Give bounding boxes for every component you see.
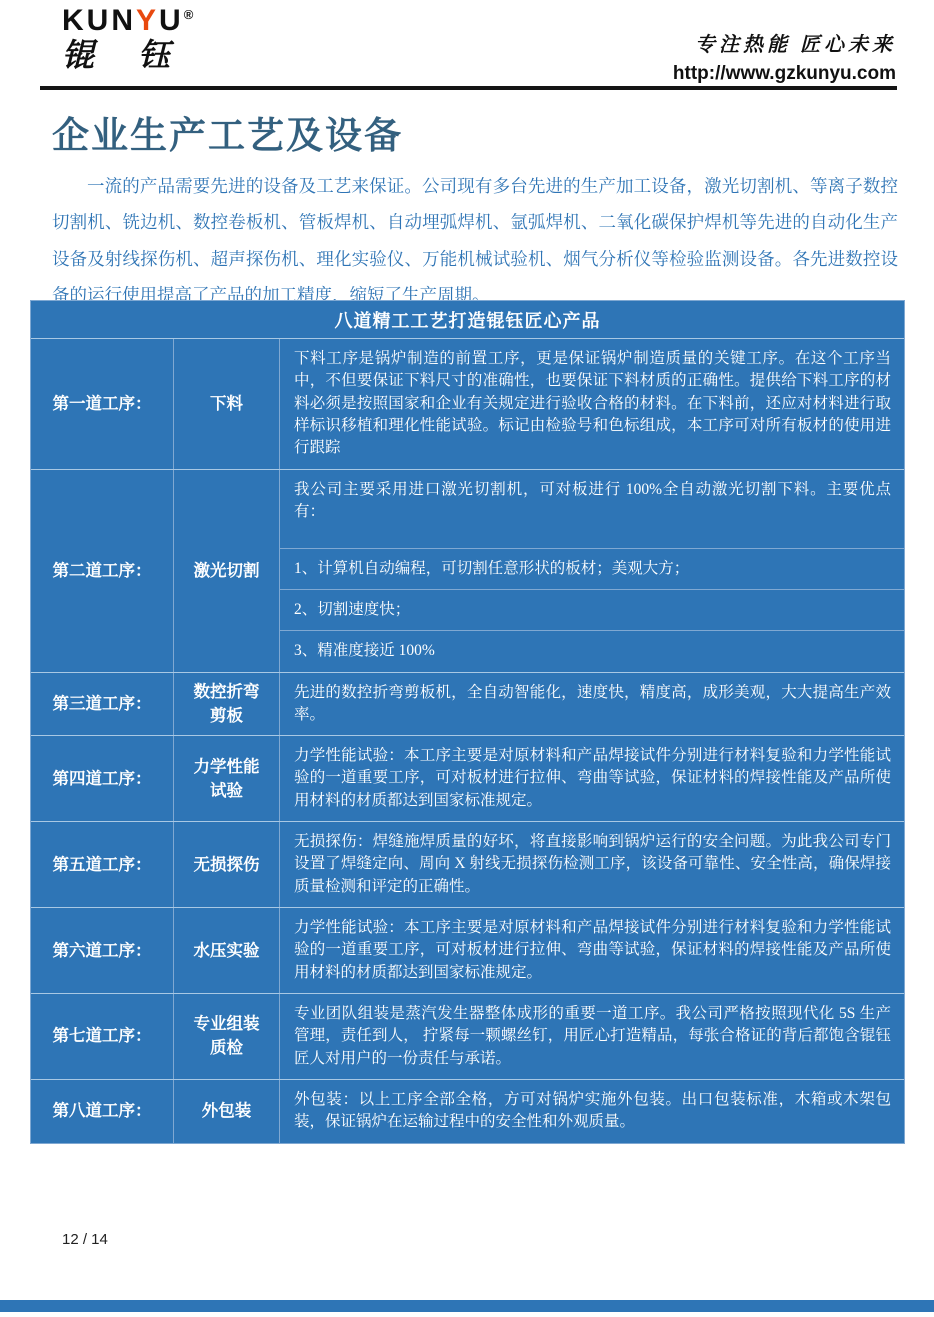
process-description: 力学性能试验：本工序主要是对原材料和产品焊接试件分别进行材料复验和力学性能试验的… bbox=[279, 736, 904, 821]
description-text: 专业团队组装是蒸汽发生器整体成形的重要一道工序。我公司严格按照现代化 5S 生产… bbox=[280, 994, 904, 1079]
process-description: 力学性能试验：本工序主要是对原材料和产品焊接试件分别进行材料复验和力学性能试验的… bbox=[279, 908, 904, 993]
registered-mark-icon: ® bbox=[184, 7, 194, 22]
process-description: 下料工序是锅炉制造的前置工序，更是保证锅炉制造质量的关键工序。在这个工序当中，不… bbox=[279, 339, 904, 469]
process-step-label: 第七道工序： bbox=[31, 994, 173, 1079]
table-row: 第四道工序： 力学性能 试验 力学性能试验：本工序主要是对原材料和产品焊接试件分… bbox=[31, 735, 904, 821]
logo-letter-u: U bbox=[159, 4, 184, 37]
table-row: 第六道工序： 水压实验 力学性能试验：本工序主要是对原材料和产品焊接试件分别进行… bbox=[31, 907, 904, 993]
process-step-label: 第三道工序： bbox=[31, 673, 173, 736]
process-description: 我公司主要采用进口激光切割机，可对板进行 100%全自动激光切割下料。主要优点有… bbox=[279, 470, 904, 672]
process-step-label: 第八道工序： bbox=[31, 1080, 173, 1143]
page-title: 企业生产工艺及设备 bbox=[52, 105, 403, 159]
process-name: 下料 bbox=[173, 339, 279, 469]
page-number: 12 / 14 bbox=[62, 1231, 108, 1248]
logo-chinese-name: 锟 钰 bbox=[62, 39, 193, 71]
intro-paragraph: 一流的产品需要先进的设备及工艺来保证。公司现有多台先进的生产加工设备，激光切割机… bbox=[52, 168, 898, 314]
process-name: 外包装 bbox=[173, 1080, 279, 1143]
table-row: 第二道工序： 激光切割 我公司主要采用进口激光切割机，可对板进行 100%全自动… bbox=[31, 469, 904, 672]
process-step-label: 第五道工序： bbox=[31, 822, 173, 907]
table-row: 第三道工序： 数控折弯 剪板 先进的数控折弯剪板机，全自动智能化，速度快，精度高… bbox=[31, 672, 904, 736]
header-divider bbox=[40, 86, 897, 90]
logo-text: KUN bbox=[62, 4, 136, 37]
process-description: 无损探伤：焊缝施焊质量的好坏，将直接影响到锅炉运行的安全问题。为此我公司专门设置… bbox=[279, 822, 904, 907]
process-description: 外包装：以上工序全部全格，方可对锅炉实施外包装。出口包装标准，木箱或木架包装，保… bbox=[279, 1080, 904, 1143]
description-text: 先进的数控折弯剪板机，全自动智能化，速度快，精度高，成形美观，大大提高生产效率。 bbox=[280, 673, 904, 736]
table-body: 第一道工序： 下料 下料工序是锅炉制造的前置工序，更是保证锅炉制造质量的关键工序… bbox=[31, 339, 904, 1143]
document-page: KUNYU® 锟 钰 专注热能 匠心未来 http://www.gzkunyu.… bbox=[0, 0, 934, 1317]
logo-letter-y: Y bbox=[136, 4, 159, 37]
process-step-label: 第一道工序： bbox=[31, 339, 173, 469]
process-name: 数控折弯 剪板 bbox=[173, 673, 279, 736]
process-name: 水压实验 bbox=[173, 908, 279, 993]
table-row: 第七道工序： 专业组装 质检 专业团队组装是蒸汽发生器整体成形的重要一道工序。我… bbox=[31, 993, 904, 1079]
table-row: 第八道工序： 外包装 外包装：以上工序全部全格，方可对锅炉实施外包装。出口包装标… bbox=[31, 1079, 904, 1143]
logo-wordmark: KUNYU® bbox=[62, 6, 193, 36]
footer-bar bbox=[0, 1300, 934, 1312]
table-row: 第五道工序： 无损探伤 无损探伤：焊缝施焊质量的好坏，将直接影响到锅炉运行的安全… bbox=[31, 821, 904, 907]
description-text: 3、精准度接近 100% bbox=[280, 630, 904, 671]
description-text: 2、切割速度快； bbox=[280, 589, 904, 630]
description-text: 外包装：以上工序全部全格，方可对锅炉实施外包装。出口包装标准，木箱或木架包装，保… bbox=[280, 1080, 904, 1143]
process-description: 先进的数控折弯剪板机，全自动智能化，速度快，精度高，成形美观，大大提高生产效率。 bbox=[279, 673, 904, 736]
description-text: 无损探伤：焊缝施焊质量的好坏，将直接影响到锅炉运行的安全问题。为此我公司专门设置… bbox=[280, 822, 904, 907]
header-right: 专注热能 匠心未来 http://www.gzkunyu.com bbox=[673, 6, 896, 85]
process-step-label: 第四道工序： bbox=[31, 736, 173, 821]
description-text: 力学性能试验：本工序主要是对原材料和产品焊接试件分别进行材料复验和力学性能试验的… bbox=[280, 908, 904, 993]
process-table: 八道精工工艺打造锟钰匠心产品 第一道工序： 下料 下料工序是锅炉制造的前置工序，… bbox=[30, 300, 905, 1144]
company-slogan: 专注热能 匠心未来 bbox=[673, 28, 896, 57]
table-title: 八道精工工艺打造锟钰匠心产品 bbox=[31, 301, 904, 339]
process-name: 无损探伤 bbox=[173, 822, 279, 907]
company-website: http://www.gzkunyu.com bbox=[673, 63, 896, 85]
table-row: 第一道工序： 下料 下料工序是锅炉制造的前置工序，更是保证锅炉制造质量的关键工序… bbox=[31, 339, 904, 469]
process-name: 激光切割 bbox=[173, 470, 279, 672]
company-logo: KUNYU® 锟 钰 bbox=[62, 6, 193, 71]
process-name: 专业组装 质检 bbox=[173, 994, 279, 1079]
page-header: KUNYU® 锟 钰 专注热能 匠心未来 http://www.gzkunyu.… bbox=[40, 6, 896, 86]
description-text: 我公司主要采用进口激光切割机，可对板进行 100%全自动激光切割下料。主要优点有… bbox=[280, 470, 904, 548]
process-name: 力学性能 试验 bbox=[173, 736, 279, 821]
process-step-label: 第二道工序： bbox=[31, 470, 173, 672]
description-text: 1、计算机自动编程，可切割任意形状的板材；美观大方； bbox=[280, 548, 904, 589]
description-text: 下料工序是锅炉制造的前置工序，更是保证锅炉制造质量的关键工序。在这个工序当中，不… bbox=[280, 339, 904, 469]
description-text: 力学性能试验：本工序主要是对原材料和产品焊接试件分别进行材料复验和力学性能试验的… bbox=[280, 736, 904, 821]
process-step-label: 第六道工序： bbox=[31, 908, 173, 993]
process-description: 专业团队组装是蒸汽发生器整体成形的重要一道工序。我公司严格按照现代化 5S 生产… bbox=[279, 994, 904, 1079]
